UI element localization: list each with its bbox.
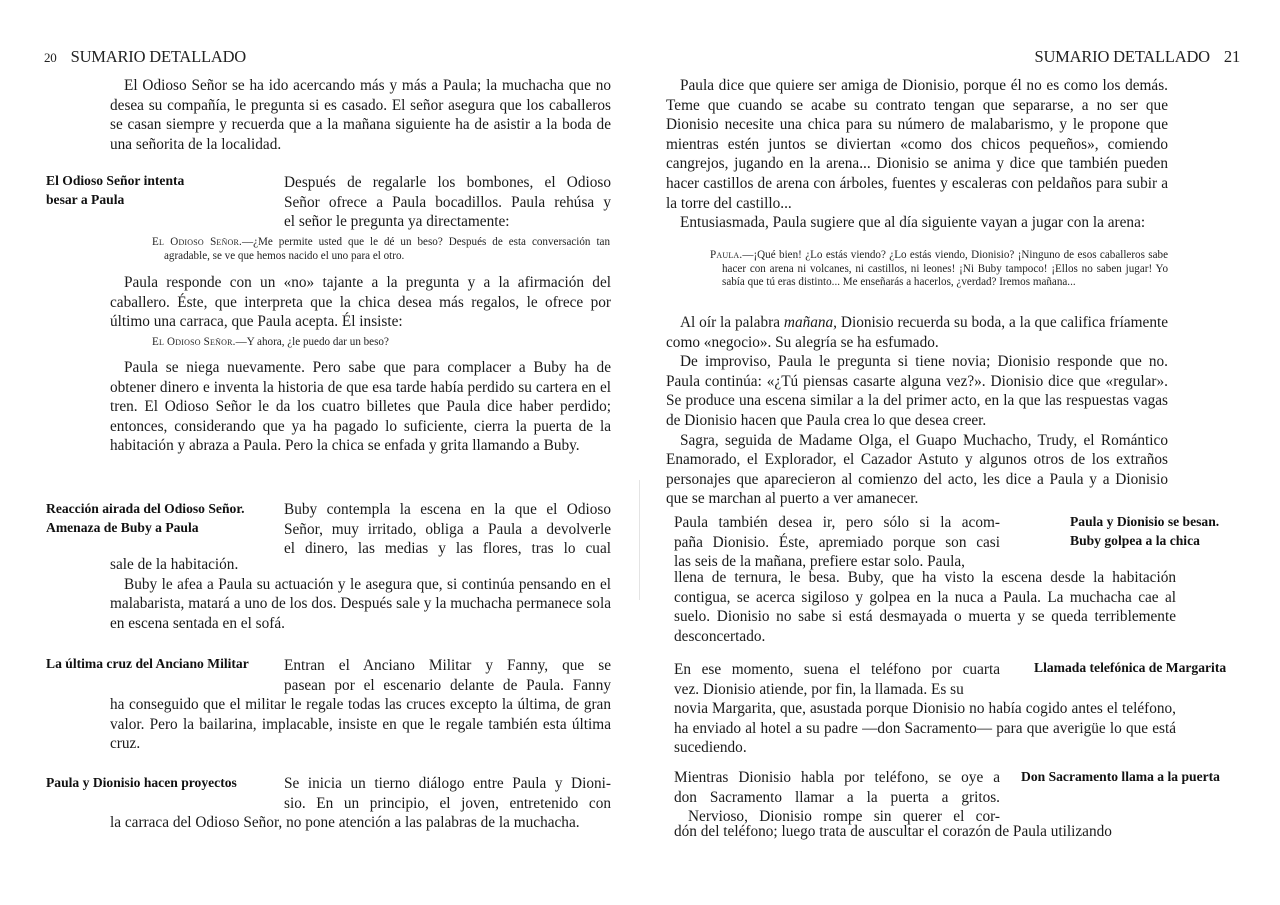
- right-page: SUMARIO DETALLADO21 Paula dice que quier…: [640, 0, 1280, 905]
- speaker-name: Paula.: [710, 249, 742, 261]
- left-page: 20SUMARIO DETALLADO El Odioso Señor se h…: [0, 0, 640, 905]
- running-head-left: 20SUMARIO DETALLADO: [44, 47, 246, 67]
- section-text: En ese momento, suena el teléfono por cu…: [674, 660, 1000, 699]
- page-number: 21: [1224, 47, 1240, 66]
- intro-paragraph: El Odioso Señor se ha ido acercando más …: [110, 76, 611, 154]
- margin-heading: Reacción airada del Odioso Señor. Amenaz…: [46, 500, 245, 537]
- paragraph: Paula responde con un «no» tajante a la …: [110, 273, 611, 332]
- margin-heading: Llamada telefónica de Margarita: [1034, 659, 1226, 678]
- margin-heading: Don Sacramento llama a la puerta: [1021, 768, 1220, 787]
- section-text: Paula también desea ir, pero sólo si la …: [674, 513, 1000, 572]
- section-continuation: novia Margarita, que, asustada porque Di…: [674, 699, 1176, 758]
- margin-heading: La última cruz del Anciano Militar: [46, 655, 249, 674]
- page-number: 20: [44, 50, 57, 65]
- running-head-right: SUMARIO DETALLADO21: [1034, 47, 1240, 67]
- running-head-title: SUMARIO DETALLADO: [1034, 47, 1209, 66]
- section-continuation: ha conseguido que el militar le regale t…: [110, 695, 611, 754]
- section-text: Entran el Anciano Militar y Fanny, que s…: [284, 656, 611, 695]
- paragraph: Paula se niega nuevamente. Pero sabe que…: [110, 358, 611, 456]
- section-continuation: llena de ternura, le besa. Buby, que ha …: [674, 568, 1176, 646]
- dialogue-quote: El Odioso Señor.—¿Me permite usted que l…: [152, 236, 610, 263]
- section-continuation: la carraca del Odioso Señor, no pone ate…: [110, 813, 611, 833]
- speaker-name: El Odioso Señor.: [152, 236, 242, 248]
- margin-heading: Paula y Dionisio se besan. Buby golpea a…: [1070, 513, 1219, 550]
- section-continuation: sale de la habitación. Buby le afea a Pa…: [110, 555, 611, 633]
- running-head-title: SUMARIO DETALLADO: [71, 47, 246, 66]
- speaker-name: El Odioso Señor.: [152, 336, 236, 348]
- section-text: Después de regalarle los bombones, el Od…: [284, 173, 611, 232]
- dialogue-quote: Paula.—¡Qué bien! ¿Lo estás viendo? ¿Lo …: [710, 249, 1168, 290]
- section-text: Se inicia un tierno diálogo entre Paula …: [284, 774, 611, 813]
- margin-heading: Paula y Dionisio hacen proyectos: [46, 774, 237, 793]
- margin-heading: El Odioso Señor intenta besar a Paula: [46, 172, 184, 209]
- section-continuation: dón del teléfono; luego trata de auscult…: [674, 822, 1176, 842]
- paragraph: Al oír la palabra mañana, Dionisio recue…: [666, 313, 1168, 509]
- section-text: Buby contempla la escena en la que el Od…: [284, 500, 611, 559]
- section-text: Mientras Dionisio habla por teléfono, se…: [674, 768, 1000, 827]
- paragraph: Paula dice que quiere ser amiga de Dioni…: [666, 76, 1168, 233]
- dialogue-quote: El Odioso Señor.—Y ahora, ¿le puedo dar …: [152, 336, 610, 350]
